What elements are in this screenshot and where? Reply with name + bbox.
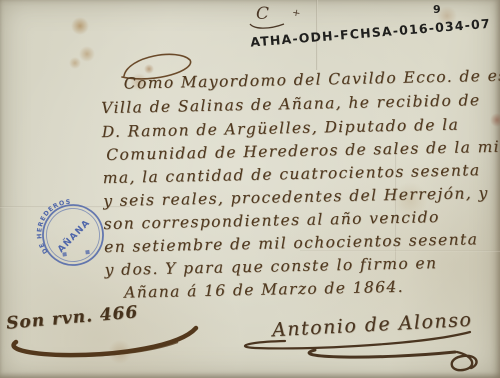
body-line: Villa de Salinas de Añana, he recibido d…	[101, 91, 481, 117]
signature-rubric-flourish	[225, 330, 485, 378]
body-line: son correspondientes al año vencido	[104, 208, 440, 233]
body-line: Añana á 16 de Marzo de 1864.	[124, 278, 404, 302]
body-line: y seis reales, procedentes del Herrejón,…	[103, 184, 489, 210]
body-line: y dos. Y para que conste lo firmo en	[104, 254, 437, 279]
svg-text:DE HEREDEROS: DE HEREDEROS	[32, 198, 79, 255]
herederos-anana-stamp: DE HEREDEROS AÑANA	[33, 195, 112, 274]
amount-flourish	[0, 322, 210, 368]
body-line: en setiembre de mil ochocientos sesenta	[104, 230, 478, 256]
body-line: ma, la cantidad de cuatrocientos sesenta	[103, 161, 481, 187]
body-line: Comunidad de Herederos de sales de la mi…	[106, 137, 500, 164]
body-line: D. Ramon de Argüelles, Diputado de la	[102, 116, 460, 141]
stamp-ring-text: DE HEREDEROS	[32, 198, 79, 255]
body-line: Como Mayordomo del Cavildo Ecco. de esta	[124, 66, 500, 92]
manuscript-document: C + 9 ATHA-ODH-FCHSA-016-034-07 Como May…	[0, 0, 500, 378]
stamp-center-text: AÑANA	[56, 217, 93, 255]
